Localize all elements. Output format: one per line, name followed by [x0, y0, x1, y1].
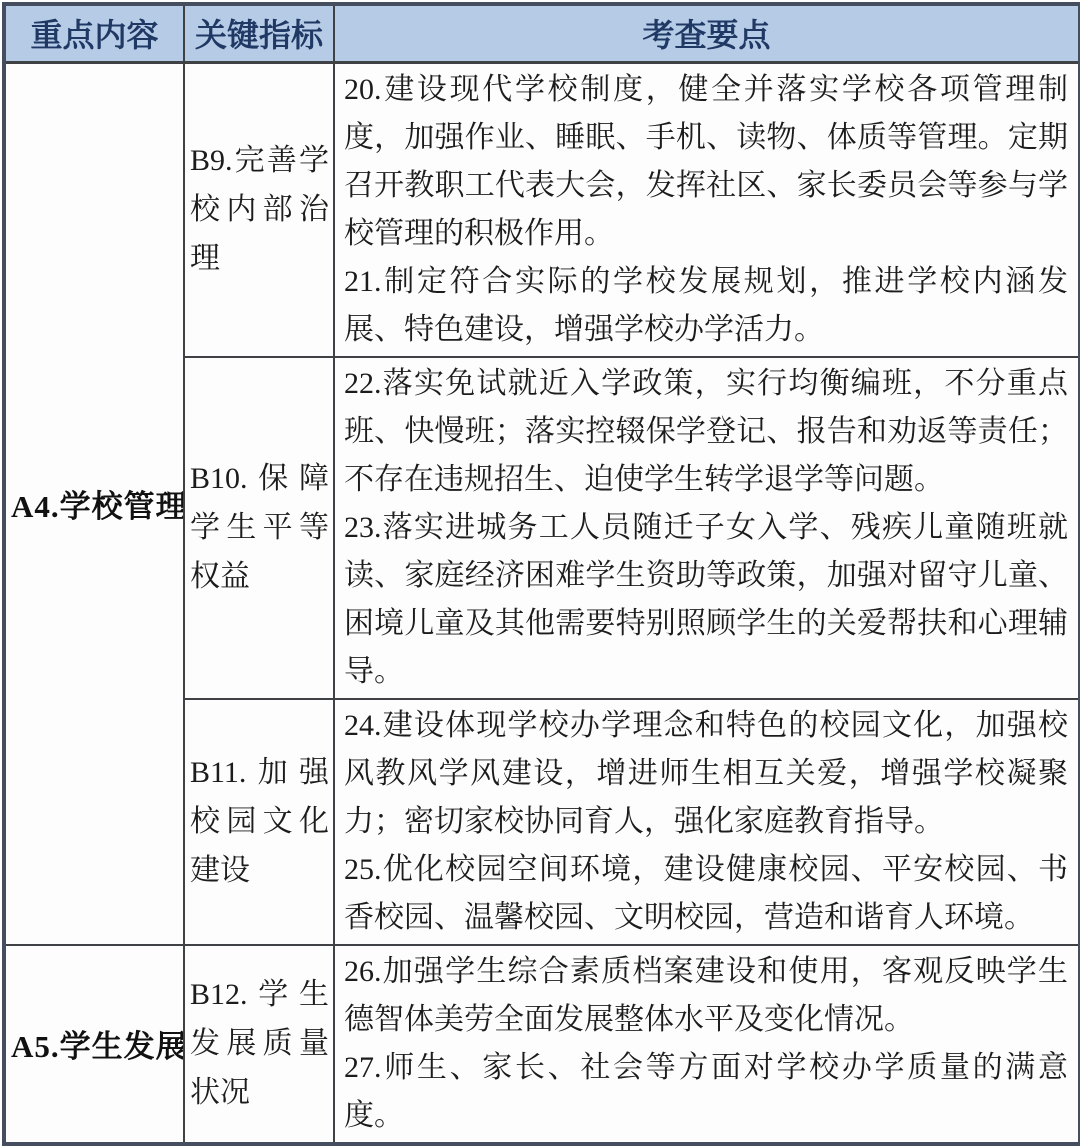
points-cell-b11: 24.建设体现学校办学理念和特色的校园文化，加强校风教风学风建设，增进师生相互关…: [334, 699, 1080, 945]
point-22: 22.落实免试就近入学政策，实行均衡编班，不分重点班、快慢班；落实控辍保学登记、…: [344, 360, 1068, 504]
points-cell-b10: 22.落实免试就近入学政策，实行均衡编班，不分重点班、快慢班；落实控辍保学登记、…: [334, 357, 1080, 699]
point-20: 20.建设现代学校制度，健全并落实学校各项管理制度，加强作业、睡眠、手机、读物、…: [344, 66, 1068, 258]
table-row: A5.学生发展 B12.学生发展质量状况 26.加强学生综合素质档案建设和使用，…: [4, 945, 1080, 1144]
point-26: 26.加强学生综合素质档案建设和使用，客观反映学生德智体美劳全面发展整体水平及变…: [344, 948, 1068, 1044]
point-23: 23.落实进城务工人员随迁子女入学、残疾儿童随班就读、家庭经济困难学生资助等政策…: [344, 504, 1068, 696]
header-key-content: 重点内容: [4, 4, 184, 62]
point-21: 21.制定符合实际的学校发展规划，推进学校内涵发展、特色建设，增强学校办学活力。: [344, 258, 1068, 354]
points-cell-b9: 20.建设现代学校制度，健全并落实学校各项管理制度，加强作业、睡眠、手机、读物、…: [334, 62, 1080, 357]
section-a4-label: A4.学校管理: [4, 62, 184, 945]
section-a5-label: A5.学生发展: [4, 945, 184, 1144]
indicator-b10-label: B10.保障学生平等权益: [184, 357, 334, 699]
point-27: 27.师生、家长、社会等方面对学校办学质量的满意度。: [344, 1044, 1068, 1140]
school-evaluation-table: 重点内容 关键指标 考查要点 A4.学校管理 B9.完善学校内部治理 20.建设…: [2, 2, 1080, 1146]
header-exam-points: 考查要点: [334, 4, 1080, 62]
table-row: A4.学校管理 B9.完善学校内部治理 20.建设现代学校制度，健全并落实学校各…: [4, 62, 1080, 357]
indicator-b12-label: B12.学生发展质量状况: [184, 945, 334, 1144]
points-cell-b12: 26.加强学生综合素质档案建设和使用，客观反映学生德智体美劳全面发展整体水平及变…: [334, 945, 1080, 1144]
indicator-b11-label: B11.加强校园文化建设: [184, 699, 334, 945]
point-25: 25.优化校园空间环境，建设健康校园、平安校园、书香校园、温馨校园、文明校园，营…: [344, 846, 1068, 942]
header-key-indicator: 关键指标: [184, 4, 334, 62]
point-24: 24.建设体现学校办学理念和特色的校园文化，加强校风教风学风建设，增进师生相互关…: [344, 702, 1068, 846]
indicator-b9-label: B9.完善学校内部治理: [184, 62, 334, 357]
evaluation-table-wrapper: 重点内容 关键指标 考查要点 A4.学校管理 B9.完善学校内部治理 20.建设…: [2, 2, 1078, 1080]
table-header-row: 重点内容 关键指标 考查要点: [4, 4, 1080, 62]
